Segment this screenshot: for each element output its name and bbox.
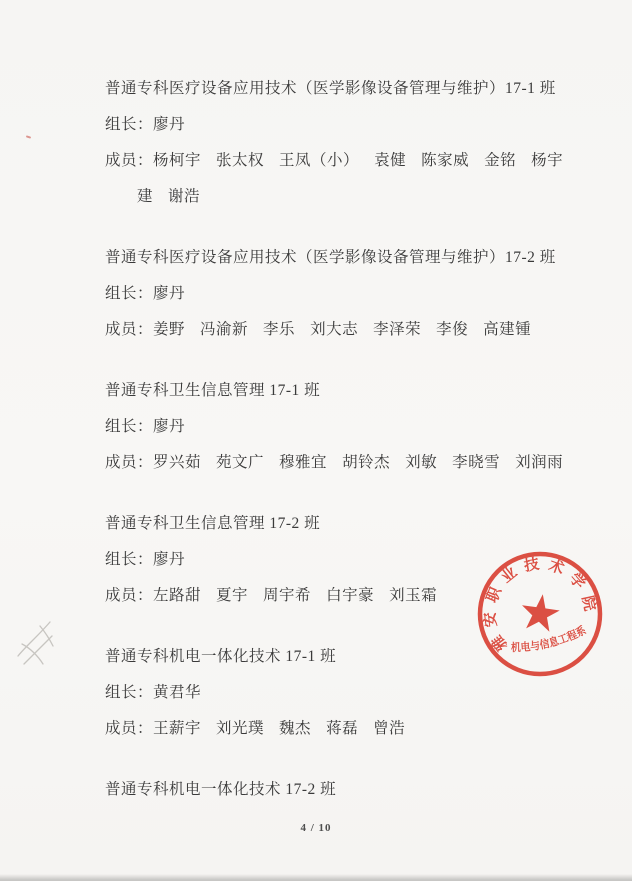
class-group-section: 普通专科机电一体化技术 17-2 班	[105, 772, 575, 808]
leader-name: 廖丹	[153, 116, 185, 133]
class-group-title: 普通专科医疗设备应用技术（医学影像设备管理与维护）17-2 班	[105, 240, 575, 276]
class-group-title: 普通专科机电一体化技术 17-2 班	[105, 772, 575, 808]
leader-name: 黄君华	[153, 684, 201, 701]
star-icon	[522, 594, 560, 632]
leader-label: 组长：	[105, 551, 153, 568]
member-name: 李晓雪	[452, 454, 500, 471]
member-name: 金铭	[484, 152, 516, 169]
members-line: 成员：杨柯宇张太权王凤（小）袁健陈家威金铭杨宇建谢浩	[105, 143, 575, 215]
member-name: 左路甜	[153, 587, 201, 604]
members-label: 成员：	[105, 454, 153, 471]
member-name: 罗兴茹	[153, 454, 201, 471]
leader-label: 组长：	[105, 116, 153, 133]
sections: 普通专科医疗设备应用技术（医学影像设备管理与维护）17-1 班 组长：廖丹 成员…	[105, 71, 575, 833]
member-name: 袁健	[374, 152, 406, 169]
leader-line: 组长：廖丹	[105, 409, 575, 445]
member-name: 胡铃杰	[342, 454, 390, 471]
leader-name: 廖丹	[153, 551, 185, 568]
page-number: 4 / 10	[0, 822, 632, 834]
member-name: 姜野	[153, 321, 185, 338]
official-seal-stamp: 雅安职业技术学院 机电与信息工程系	[475, 551, 605, 681]
stamp-department-text: 机电与信息工程系	[511, 623, 588, 654]
members-list: 罗兴茹苑文广穆雅宜胡铃杰刘敏李晓雪刘润雨	[153, 454, 563, 471]
leader-line: 组长：廖丹	[105, 276, 575, 312]
members-list: 左路甜夏宇周宇希白宇豪刘玉霜	[153, 587, 437, 604]
scanned-page: 普通专科医疗设备应用技术（医学影像设备管理与维护）17-1 班 组长：廖丹 成员…	[0, 0, 632, 881]
member-name: 陈家威	[421, 152, 469, 169]
member-name: 冯渝新	[200, 321, 248, 338]
class-group-section: 普通专科医疗设备应用技术（医学影像设备管理与维护）17-2 班 组长：廖丹 成员…	[105, 240, 575, 348]
member-name: 刘光璞	[216, 720, 264, 737]
member-name: 张太权	[216, 152, 264, 169]
members-line: 成员：王薪宇刘光璞魏杰蒋磊曾浩	[105, 711, 575, 747]
member-name: 李俊	[436, 321, 468, 338]
members-list: 王薪宇刘光璞魏杰蒋磊曾浩	[153, 720, 405, 737]
member-name: 刘大志	[310, 321, 358, 338]
leader-label: 组长：	[105, 285, 153, 302]
members-list: 杨柯宇张太权王凤（小）袁健陈家威金铭杨宇建谢浩	[137, 152, 563, 205]
member-name: 穆雅宜	[279, 454, 327, 471]
class-group-section: 普通专科医疗设备应用技术（医学影像设备管理与维护）17-1 班 组长：廖丹 成员…	[105, 71, 575, 215]
members-label: 成员：	[105, 587, 153, 604]
class-group-title: 普通专科卫生信息管理 17-2 班	[105, 506, 575, 542]
member-name: 刘敏	[405, 454, 437, 471]
members-list: 姜野冯渝新李乐刘大志李泽荣李俊高建锺	[153, 321, 531, 338]
member-name: 白宇豪	[326, 587, 374, 604]
member-name: 苑文广	[216, 454, 264, 471]
leader-name: 廖丹	[153, 285, 185, 302]
scan-edge-shadow	[0, 874, 632, 881]
class-group-title: 普通专科医疗设备应用技术（医学影像设备管理与维护）17-1 班	[105, 71, 575, 107]
members-label: 成员：	[105, 321, 153, 338]
member-name: 李乐	[263, 321, 295, 338]
leader-name: 廖丹	[153, 418, 185, 435]
class-group-title: 普通专科卫生信息管理 17-1 班	[105, 373, 575, 409]
member-name: 王薪宇	[153, 720, 201, 737]
member-name: 谢浩	[168, 188, 200, 205]
member-name: 蒋磊	[326, 720, 358, 737]
pencil-scribble-mark	[12, 612, 64, 672]
member-name: 王凤（小）	[279, 152, 359, 169]
member-name: 李泽荣	[373, 321, 421, 338]
member-name: 杨柯宇	[153, 152, 201, 169]
member-name: 高建锺	[483, 321, 531, 338]
members-line: 成员：姜野冯渝新李乐刘大志李泽荣李俊高建锺	[105, 312, 575, 348]
member-name: 刘润雨	[515, 454, 563, 471]
member-name: 魏杰	[279, 720, 311, 737]
leader-label: 组长：	[105, 418, 153, 435]
members-label: 成员：	[105, 720, 153, 737]
members-line: 成员：罗兴茹苑文广穆雅宜胡铃杰刘敏李晓雪刘润雨	[105, 445, 575, 481]
leader-label: 组长：	[105, 684, 153, 701]
leader-line: 组长：廖丹	[105, 107, 575, 143]
member-name: 刘玉霜	[389, 587, 437, 604]
svg-text:机电与信息工程系: 机电与信息工程系	[511, 623, 588, 654]
member-name: 周宇希	[263, 587, 311, 604]
red-speck-mark	[26, 135, 31, 138]
member-name: 夏宇	[216, 587, 248, 604]
member-name: 曾浩	[373, 720, 405, 737]
class-group-section: 普通专科卫生信息管理 17-1 班 组长：廖丹 成员：罗兴茹苑文广穆雅宜胡铃杰刘…	[105, 373, 575, 481]
members-label: 成员：	[105, 152, 153, 169]
